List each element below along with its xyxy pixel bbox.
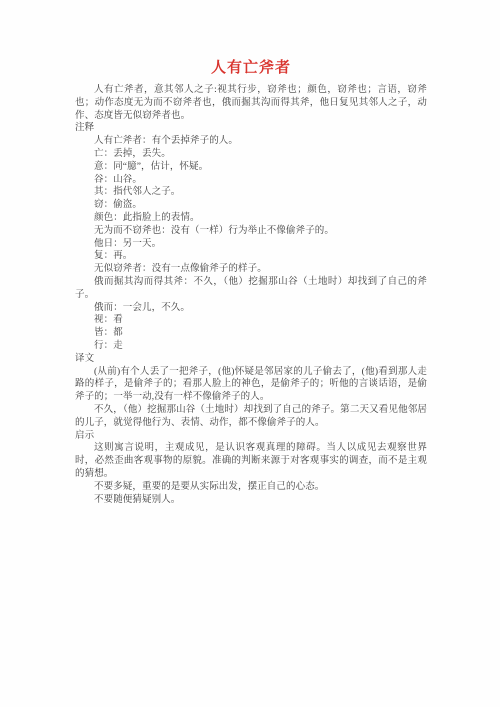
translation-heading: 译文 (75, 353, 427, 366)
page-title: 人有亡斧者 (75, 58, 427, 78)
note-item: 亡：丢掉，丢失。 (75, 148, 427, 161)
note-item: 窃：偷盗。 (75, 199, 427, 212)
note-item: 无为而不窃斧也：没有（一样）行为举止不像偷斧子的。 (75, 225, 427, 238)
note-item: 行：走 (75, 340, 427, 353)
note-item: 其：指代邻人之子。 (75, 186, 427, 199)
note-item: 无似窃斧者：没有一点像偷斧子的样子。 (75, 263, 427, 276)
original-text-paragraph: 人有亡斧者，意其邻人之子:视其行步，窃斧也；颜色，窃斧也；言语，窃斧也；动作态度… (75, 84, 427, 122)
note-item: 视：看 (75, 314, 427, 327)
note-item: 颜色：此指脸上的表情。 (75, 212, 427, 225)
note-item: 人有亡斧者：有个丢掉斧子的人。 (75, 135, 427, 148)
insight-heading: 启示 (75, 430, 427, 443)
document-page: 人有亡斧者 人有亡斧者，意其邻人之子:视其行步，窃斧也；颜色，窃斧也；言语，窃斧… (0, 0, 500, 707)
note-item: 俄而掘其沟而得其斧：不久，（他）挖掘那山谷（土地时）却找到了自己的斧子。 (75, 276, 427, 302)
note-item: 谷：山谷。 (75, 174, 427, 187)
translation-paragraph: 不久，（他）挖掘那山谷（土地时）却找到了自己的斧子。第二天又看见他邻居的儿子，就… (75, 404, 427, 430)
note-item: 意：同“臆”，估计，怀疑。 (75, 161, 427, 174)
note-item: 他日：另一天。 (75, 238, 427, 251)
insight-paragraph: 这则寓言说明，主观成见，是认识客观真理的障碍。当人以成见去观察世界时，必然歪曲客… (75, 442, 427, 480)
notes-heading: 注释 (75, 122, 427, 135)
note-item: 皆：都 (75, 327, 427, 340)
translation-paragraph: (从前)有个人丢了一把斧子，(他)怀疑是邻居家的儿子偷去了，(他)看到那人走路的… (75, 366, 427, 404)
note-item: 俄而：一会儿，不久。 (75, 302, 427, 315)
insight-paragraph: 不要多疑，重要的是要从实际出发，摆正自己的心态。 (75, 481, 427, 494)
insight-paragraph: 不要随便猜疑别人。 (75, 494, 427, 507)
note-item: 复：再。 (75, 250, 427, 263)
